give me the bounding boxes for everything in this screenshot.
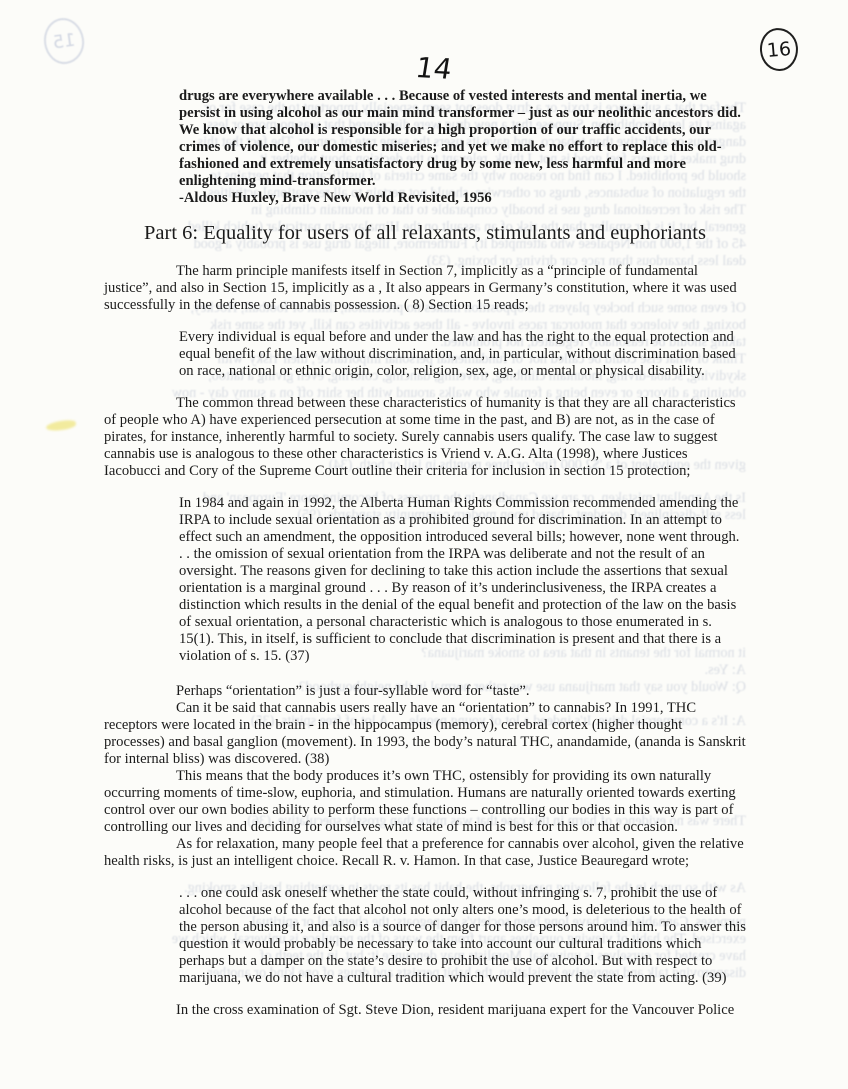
huxley-quote: drugs are everywhere available . . . Bec… xyxy=(179,88,746,207)
part6-heading: Part 6: Equality for users of all relaxa… xyxy=(104,221,746,245)
paragraph-orientation-taste: Perhaps “orientation” is just a four-syl… xyxy=(104,683,746,700)
huxley-attribution: -Aldous Huxley, Brave New World Revisite… xyxy=(179,190,492,206)
irpa-quote: In 1984 and again in 1992, the Alberta H… xyxy=(179,495,746,665)
yellow-highlighter-smudge xyxy=(46,419,77,432)
section15-quote: Every individual is equal before and und… xyxy=(179,329,746,380)
paragraph-dion: In the cross examination of Sgt. Steve D… xyxy=(104,1002,746,1019)
paragraph-common-thread: The common thread between these characte… xyxy=(104,395,746,480)
page-content: drugs are everywhere available . . . Bec… xyxy=(104,88,746,1019)
paragraph-thc-receptors: Can it be said that cannabis users reall… xyxy=(104,700,746,768)
circled-page-number-stamp: 16 xyxy=(758,26,800,72)
huxley-quote-text: drugs are everywhere available . . . Bec… xyxy=(179,88,741,189)
scanned-page: The fact that a substance is toxic or a … xyxy=(0,0,848,1089)
paragraph-harm-principle: The harm principle manifests itself in S… xyxy=(104,263,746,314)
paragraph-relaxation: As for relaxation, many people feel that… xyxy=(104,836,746,870)
handwritten-page-number: 14 xyxy=(413,51,454,86)
paragraph-body-thc: This means that the body produces it’s o… xyxy=(104,768,746,836)
bleedthrough-circled-page-number: 15 xyxy=(41,15,87,66)
hamon-quote: . . . one could ask oneself whether the … xyxy=(179,885,746,987)
